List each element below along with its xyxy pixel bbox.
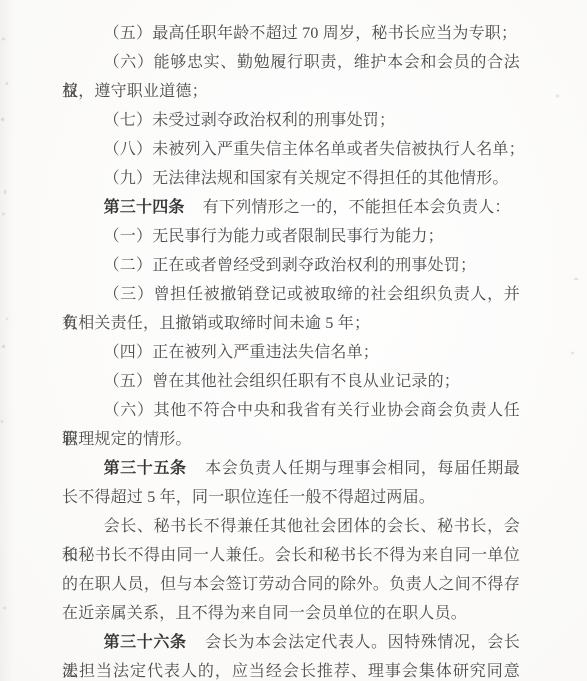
scan-artifact xyxy=(574,278,578,280)
document-page: （五）最高任职年龄不超过 70 周岁，秘书长应当为专职；（六）能够忠实、勤勉履行… xyxy=(0,0,587,681)
document-line: （四）正在被列入严重违法失信名单； xyxy=(62,338,520,367)
document-line: 第三十四条 有下列情形之一的，不能担任本会负责人： xyxy=(62,193,520,222)
document-line: （八）未被列入严重失信主体名单或者失信被执行人名单； xyxy=(62,135,520,164)
scan-artifact xyxy=(2,213,5,215)
article-number: 第三十五条 xyxy=(104,460,187,477)
article-number: 第三十四条 xyxy=(104,199,185,216)
scan-edge-shadow xyxy=(0,0,14,681)
document-line: （五）最高任职年龄不超过 70 周岁，秘书长应当为专职； xyxy=(62,19,520,48)
document-line: 法担当法定代表人的，应当经会长推荐、理事会集体研究同意后， xyxy=(62,657,520,681)
document-line: 长不得超过 5 年，同一职位连任一般不得超过两届。 xyxy=(62,483,520,512)
document-line: 管理规定的情形。 xyxy=(62,425,520,454)
document-line: （三）曾担任被撤销登记或被取缔的社会组织负责人，并负 xyxy=(62,280,520,309)
scan-artifact xyxy=(1,420,3,423)
scan-artifact xyxy=(1,118,4,121)
article-text: 有下列情形之一的，不能担任本会负责人： xyxy=(187,199,511,216)
document-line: （六）能够忠实、勤勉履行职责，维护本会和会员的合法权 xyxy=(62,48,520,77)
scan-artifact xyxy=(6,82,8,85)
document-line: 有相关责任，且撤销或取缔时间未逾 5 年； xyxy=(62,309,520,338)
document-line: 益，遵守职业道德； xyxy=(62,77,520,106)
document-line: （二）正在或者曾经受到剥夺政治权利的刑事处罚； xyxy=(62,251,520,280)
document-line: （六）其他不符合中央和我省有关行业协会商会负责人任职 xyxy=(62,396,520,425)
scan-artifact xyxy=(2,38,5,40)
document-text-block: （五）最高任职年龄不超过 70 周岁，秘书长应当为专职；（六）能够忠实、勤勉履行… xyxy=(62,19,520,681)
document-line: （九）无法律法规和国家有关规定不得担任的其他情形。 xyxy=(62,164,520,193)
document-line: 第三十六条 会长为本会法定代表人。因特殊情况，会长无 xyxy=(62,628,520,657)
document-line: 在近亲属关系，且不得为来自同一会员单位的在职人员。 xyxy=(62,599,520,628)
document-line: （七）未受过剥夺政治权利的刑事处罚； xyxy=(62,106,520,135)
scan-artifact xyxy=(556,95,559,97)
article-text: 本会负责人任期与理事会相同，每届任期最 xyxy=(189,460,520,477)
scan-artifact xyxy=(3,607,6,609)
document-line: （五）曾在其他社会组织任职有不良从业记录的； xyxy=(62,367,520,396)
scan-artifact xyxy=(2,345,5,348)
document-line: （一）无民事行为能力或者限制民事行为能力； xyxy=(62,222,520,251)
document-line: 和秘书长不得由同一人兼任。会长和秘书长不得为来自同一单位 xyxy=(62,541,520,570)
article-number: 第三十六条 xyxy=(104,634,187,651)
scan-artifact xyxy=(6,318,8,320)
document-line: 第三十五条 本会负责人任期与理事会相同，每届任期最 xyxy=(62,454,520,483)
document-line: 会长、秘书长不得兼任其他社会团体的会长、秘书长，会长 xyxy=(62,512,520,541)
scan-artifact xyxy=(571,352,574,354)
scan-artifact xyxy=(4,190,6,194)
document-line: 的在职人员，但与本会签订劳动合同的除外。负责人之间不得存 xyxy=(62,570,520,599)
